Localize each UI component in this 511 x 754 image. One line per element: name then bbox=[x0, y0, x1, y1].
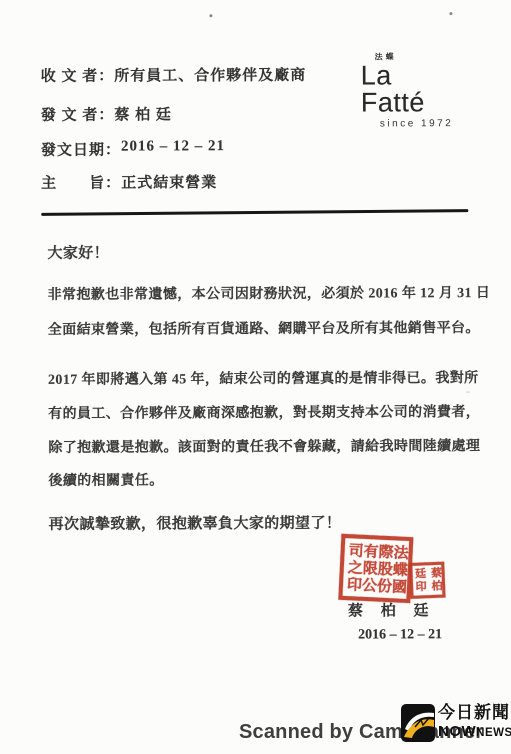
issue-date-row: 發文日期： 2016 – 12 – 21 bbox=[41, 138, 225, 160]
company-seal-column: 法蝶國 bbox=[390, 544, 407, 596]
paragraph2-line4: 後續的相關責任。 bbox=[48, 469, 163, 490]
nownews-latin-title: NOWNEWS bbox=[438, 724, 511, 740]
recipient-row: 收 文 者： 所有員工、合作夥伴及廠商 bbox=[41, 64, 307, 86]
nownews-logo-icon bbox=[401, 704, 435, 742]
paragraph1-line1: 非常抱歉也非常遺憾，本公司因財務狀況，必須於 2016 年 12 月 31 日 bbox=[48, 282, 491, 304]
company-logo-tagline: since 1972 bbox=[380, 118, 461, 129]
sender-label: 發 文 者： bbox=[41, 104, 115, 125]
scanned-letter-page: 法蝶 La Fatté since 1972 收 文 者： 所有員工、合作夥伴及… bbox=[0, 0, 511, 754]
issue-date-label: 發文日期： bbox=[41, 139, 121, 160]
scan-speck bbox=[209, 14, 212, 17]
issue-date-value: 2016 – 12 – 21 bbox=[121, 138, 225, 159]
nownews-news-text: NEWS bbox=[476, 727, 511, 739]
closing-text: 再次誠摯致歉，很抱歉辜負大家的期望了！ bbox=[49, 512, 342, 534]
greeting-text: 大家好！ bbox=[47, 242, 109, 263]
personal-seal-column: 廷印 bbox=[413, 567, 425, 593]
subject-row: 主 旨： 正式結束營業 bbox=[41, 171, 217, 193]
paragraph2-line3: 除了抱歉還是抱歉。該面對的責任我不會躲藏，請給我時間陸續處理 bbox=[48, 435, 480, 457]
paragraph2-line2: 有的員工、合作夥伴及廠商深感抱歉，對長期支持本公司的消費者， bbox=[48, 401, 480, 423]
company-logo: 法蝶 La Fatté since 1972 bbox=[361, 51, 461, 129]
nownews-watermark: 今日新聞 NOWNEWS bbox=[401, 704, 511, 742]
company-seal: 法蝶國 際股份 有限公 司之印 bbox=[338, 534, 413, 603]
nownews-wordmark: 今日新聞 NOWNEWS bbox=[438, 704, 511, 740]
subject-label: 主 旨： bbox=[41, 172, 121, 193]
recipient-value: 所有員工、合作夥伴及廠商 bbox=[114, 64, 306, 86]
scan-speck bbox=[466, 391, 470, 393]
personal-seal: 蔡柏 廷印 bbox=[409, 562, 445, 599]
paragraph2-line1: 2017 年即將邁入第 45 年，結束公司的營運真的是情非得已。我對所 bbox=[48, 367, 479, 389]
personal-seal-column: 蔡柏 bbox=[429, 567, 441, 593]
sender-value: 蔡 柏 廷 bbox=[114, 103, 172, 124]
nownews-cjk-title: 今日新聞 bbox=[438, 704, 511, 723]
scan-speck bbox=[449, 12, 452, 15]
nownews-now-text: NOW bbox=[438, 723, 476, 740]
divider-rule bbox=[41, 209, 468, 216]
letter-document: 法蝶 La Fatté since 1972 收 文 者： 所有員工、合作夥伴及… bbox=[0, 0, 511, 754]
signature-date: 2016 – 12 – 21 bbox=[358, 627, 442, 643]
recipient-label: 收 文 者： bbox=[41, 65, 115, 86]
sender-row: 發 文 者： 蔡 柏 廷 bbox=[41, 103, 172, 125]
company-logo-name: La Fatté bbox=[361, 62, 461, 116]
paragraph1-line2: 全面結束營業，包括所有百貨通路、網購平台及所有其他銷售平台。 bbox=[48, 317, 480, 339]
signature-name: 蔡 柏 廷 bbox=[348, 599, 436, 620]
subject-value: 正式結束營業 bbox=[121, 171, 217, 192]
